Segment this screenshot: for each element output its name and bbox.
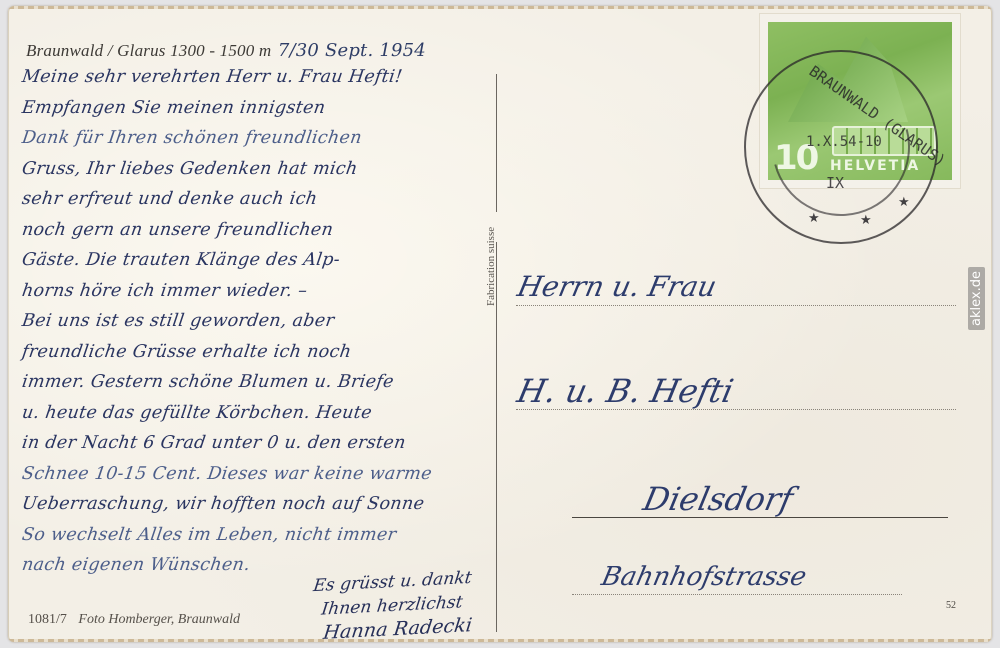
message-line: Meine sehr verehrten Herr u. Frau Hefti! bbox=[20, 62, 494, 93]
handwritten-date: 7/30 Sept. 1954 bbox=[278, 40, 426, 61]
star-icon: ★ bbox=[898, 194, 910, 210]
address-line-4: Bahnhofstrasse bbox=[599, 562, 809, 592]
message-line: immer. Gestern schöne Blumen u. Briefe bbox=[20, 367, 494, 398]
postmark: BRAUNWALD (GLARUS) 1.X.54-10 IX ★ ★ ★ bbox=[744, 50, 938, 244]
message-line: in der Nacht 6 Grad unter 0 u. den erste… bbox=[20, 428, 494, 459]
message-line: Empfangen Sie meinen innigsten bbox=[20, 93, 494, 124]
message-line: freundliche Grüsse erhalte ich noch bbox=[20, 337, 494, 368]
message-line: So wechselt Alles im Leben, nicht immer bbox=[20, 520, 494, 551]
center-divider-top bbox=[496, 74, 497, 212]
card-number: 1081/7 bbox=[28, 612, 67, 627]
message-line: u. heute das gefüllte Körbchen. Heute bbox=[20, 398, 494, 429]
message-line: sehr erfreut und denke auch ich bbox=[20, 184, 494, 215]
postmark-code: IX bbox=[826, 174, 844, 192]
location-title: Braunwald / Glarus 1300 - 1500 m bbox=[26, 41, 271, 60]
card-edge-bottom bbox=[8, 639, 992, 642]
message-line: noch gern an unsere freundlichen bbox=[20, 215, 494, 246]
message-line: Ueberraschung, wir hofften noch auf Sonn… bbox=[20, 489, 494, 520]
photo-credit: Foto Homberger, Braunwald bbox=[78, 612, 240, 627]
message-line: Gruss, Ihr liebes Gedenken hat mich bbox=[20, 154, 494, 185]
star-icon: ★ bbox=[808, 210, 820, 226]
card-edge-top bbox=[8, 6, 992, 9]
printed-header: Braunwald / Glarus 1300 - 1500 m 7/30 Se… bbox=[26, 40, 426, 61]
postmark-date: 1.X.54-10 bbox=[806, 134, 882, 150]
watermark: aklex.de bbox=[968, 267, 985, 330]
address-rule-4 bbox=[572, 594, 902, 595]
message-line: Schnee 10-15 Cent. Dieses war keine warm… bbox=[20, 459, 494, 490]
photo-imprint: 1081/7 Foto Homberger, Braunwald bbox=[28, 612, 240, 628]
star-icon: ★ bbox=[860, 212, 872, 228]
address-rule-1 bbox=[516, 305, 956, 306]
address-line-1: Herrn u. Frau bbox=[514, 270, 719, 303]
message-line: horns höre ich immer wieder. – bbox=[20, 276, 494, 307]
address-line-2: H. u. B. Hefti bbox=[514, 372, 737, 410]
message-line: Dank für Ihren schönen freundlichen bbox=[20, 123, 494, 154]
address-line-3: Dielsdorf bbox=[640, 480, 796, 518]
message-line: Gäste. Die trauten Klänge des Alp- bbox=[20, 245, 494, 276]
print-code: 52 bbox=[946, 600, 956, 611]
fabrication-label: Fabrication suisse bbox=[485, 227, 497, 306]
handwritten-message: Meine sehr verehrten Herr u. Frau Hefti!… bbox=[22, 62, 492, 581]
message-line: Bei uns ist es still geworden, aber bbox=[20, 306, 494, 337]
